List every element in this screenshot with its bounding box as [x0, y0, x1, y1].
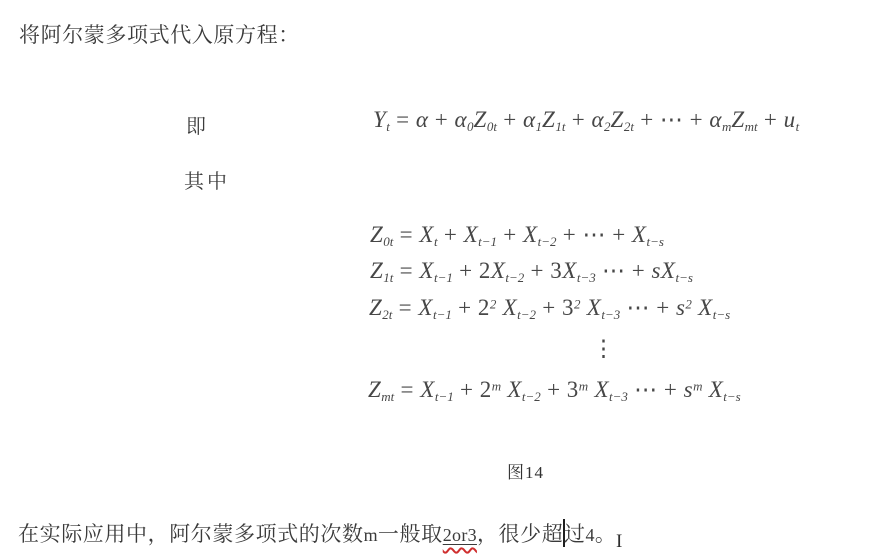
equation-zm: Zmt = Xt−1 + 2m Xt−2 + 3m Xt−3 ⋯ + sm Xt…	[368, 377, 741, 405]
equation-z1: Z1t = Xt−1 + 2Xt−2 + 3Xt−3 ⋯ + sXt−s	[370, 258, 693, 286]
figure-caption: 图14	[507, 458, 544, 483]
equation-main: Yt = α + α0Z0t + α1Z1t + α2Z2t + ⋯ + αmZ…	[373, 107, 799, 135]
closing-text-rarely: ，很少超	[477, 523, 563, 546]
document-page[interactable]: 将阿尔蒙多项式代入原方程： 即 Yt = α + α0Z0t + α1Z1t +…	[0, 0, 871, 560]
misspelled-term: 2or3	[443, 525, 477, 545]
spellchecked-word: 2or3	[443, 525, 477, 545]
closing-num-four: 4	[586, 525, 595, 545]
label-namely: 即	[186, 110, 209, 139]
closing-var-m: m	[364, 525, 378, 545]
label-where: 其中	[184, 165, 230, 194]
ibeam-cursor: I	[616, 531, 622, 553]
vertical-ellipsis: ⋮	[592, 336, 615, 362]
closing-text-after-caret: 过	[564, 523, 586, 546]
formula-figure[interactable]: 即 Yt = α + α0Z0t + α1Z1t + α2Z2t + ⋯ + α…	[0, 0, 871, 560]
closing-paragraph[interactable]: 在实际应用中，阿尔蒙多项式的次数m一般取2or3，很少超过4。	[18, 519, 616, 548]
closing-text-before-m: 在实际应用中，阿尔蒙多项式的次数	[18, 523, 364, 546]
closing-text-generally: 一般取	[378, 523, 443, 546]
closing-period: 。	[595, 523, 617, 546]
equation-z0: Z0t = Xt + Xt−1 + Xt−2 + ⋯ + Xt−s	[370, 222, 664, 250]
equation-z2: Z2t = Xt−1 + 22 Xt−2 + 32 Xt−3 ⋯ + s2 Xt…	[369, 295, 730, 323]
